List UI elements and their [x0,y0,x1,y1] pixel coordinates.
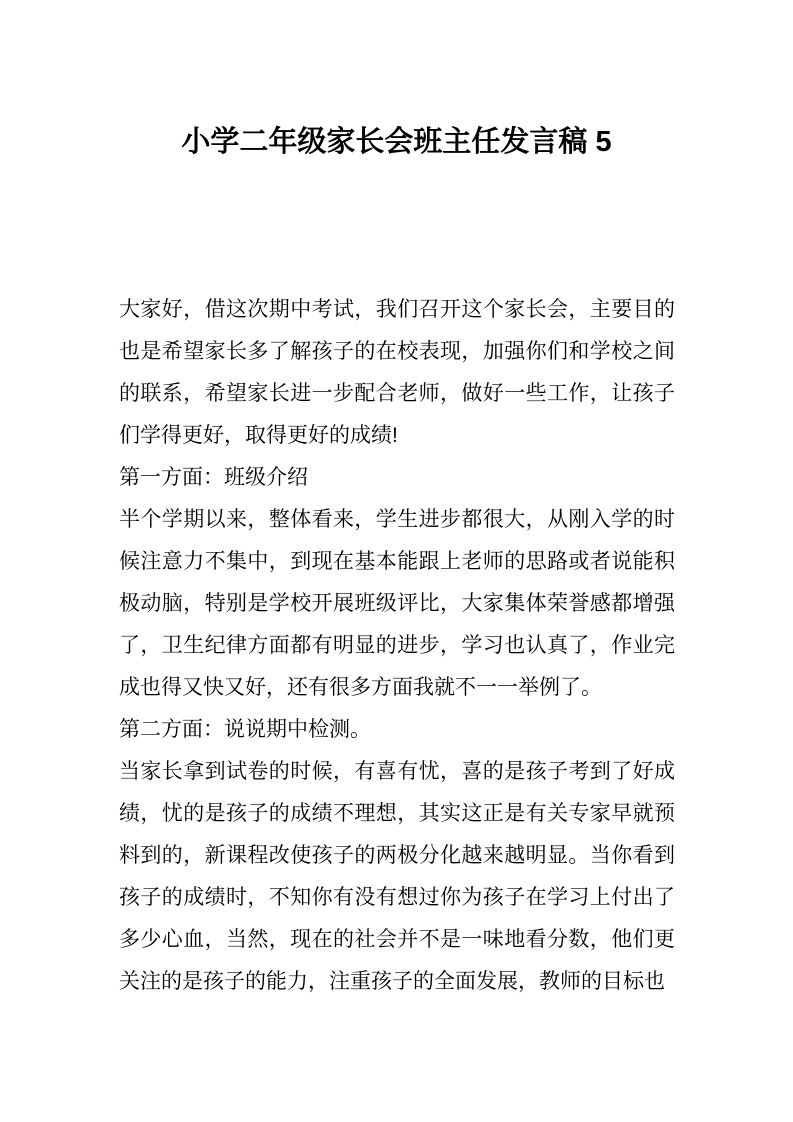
paragraph: 大家好，借这次期中考试，我们召开这个家长会，主要目的也是希望家长多了解孩子的在校… [119,289,675,457]
document-body: 大家好，借这次期中考试，我们召开这个家长会，主要目的也是希望家长多了解孩子的在校… [119,289,675,1003]
paragraph: 半个学期以来，整体看来，学生进步都很大，从刚入学的时候注意力不集中，到现在基本能… [119,499,675,709]
document-page: 小学二年级家长会班主任发言稿 5 大家好，借这次期中考试，我们召开这个家长会，主… [0,0,793,1122]
paragraph: 第二方面：说说期中检测。 [119,709,675,751]
paragraph: 第一方面：班级介绍 [119,457,675,499]
document-title: 小学二年级家长会班主任发言稿 5 [0,125,793,159]
paragraph: 当家长拿到试卷的时候，有喜有忧，喜的是孩子考到了好成绩，忧的是孩子的成绩不理想，… [119,751,675,1003]
